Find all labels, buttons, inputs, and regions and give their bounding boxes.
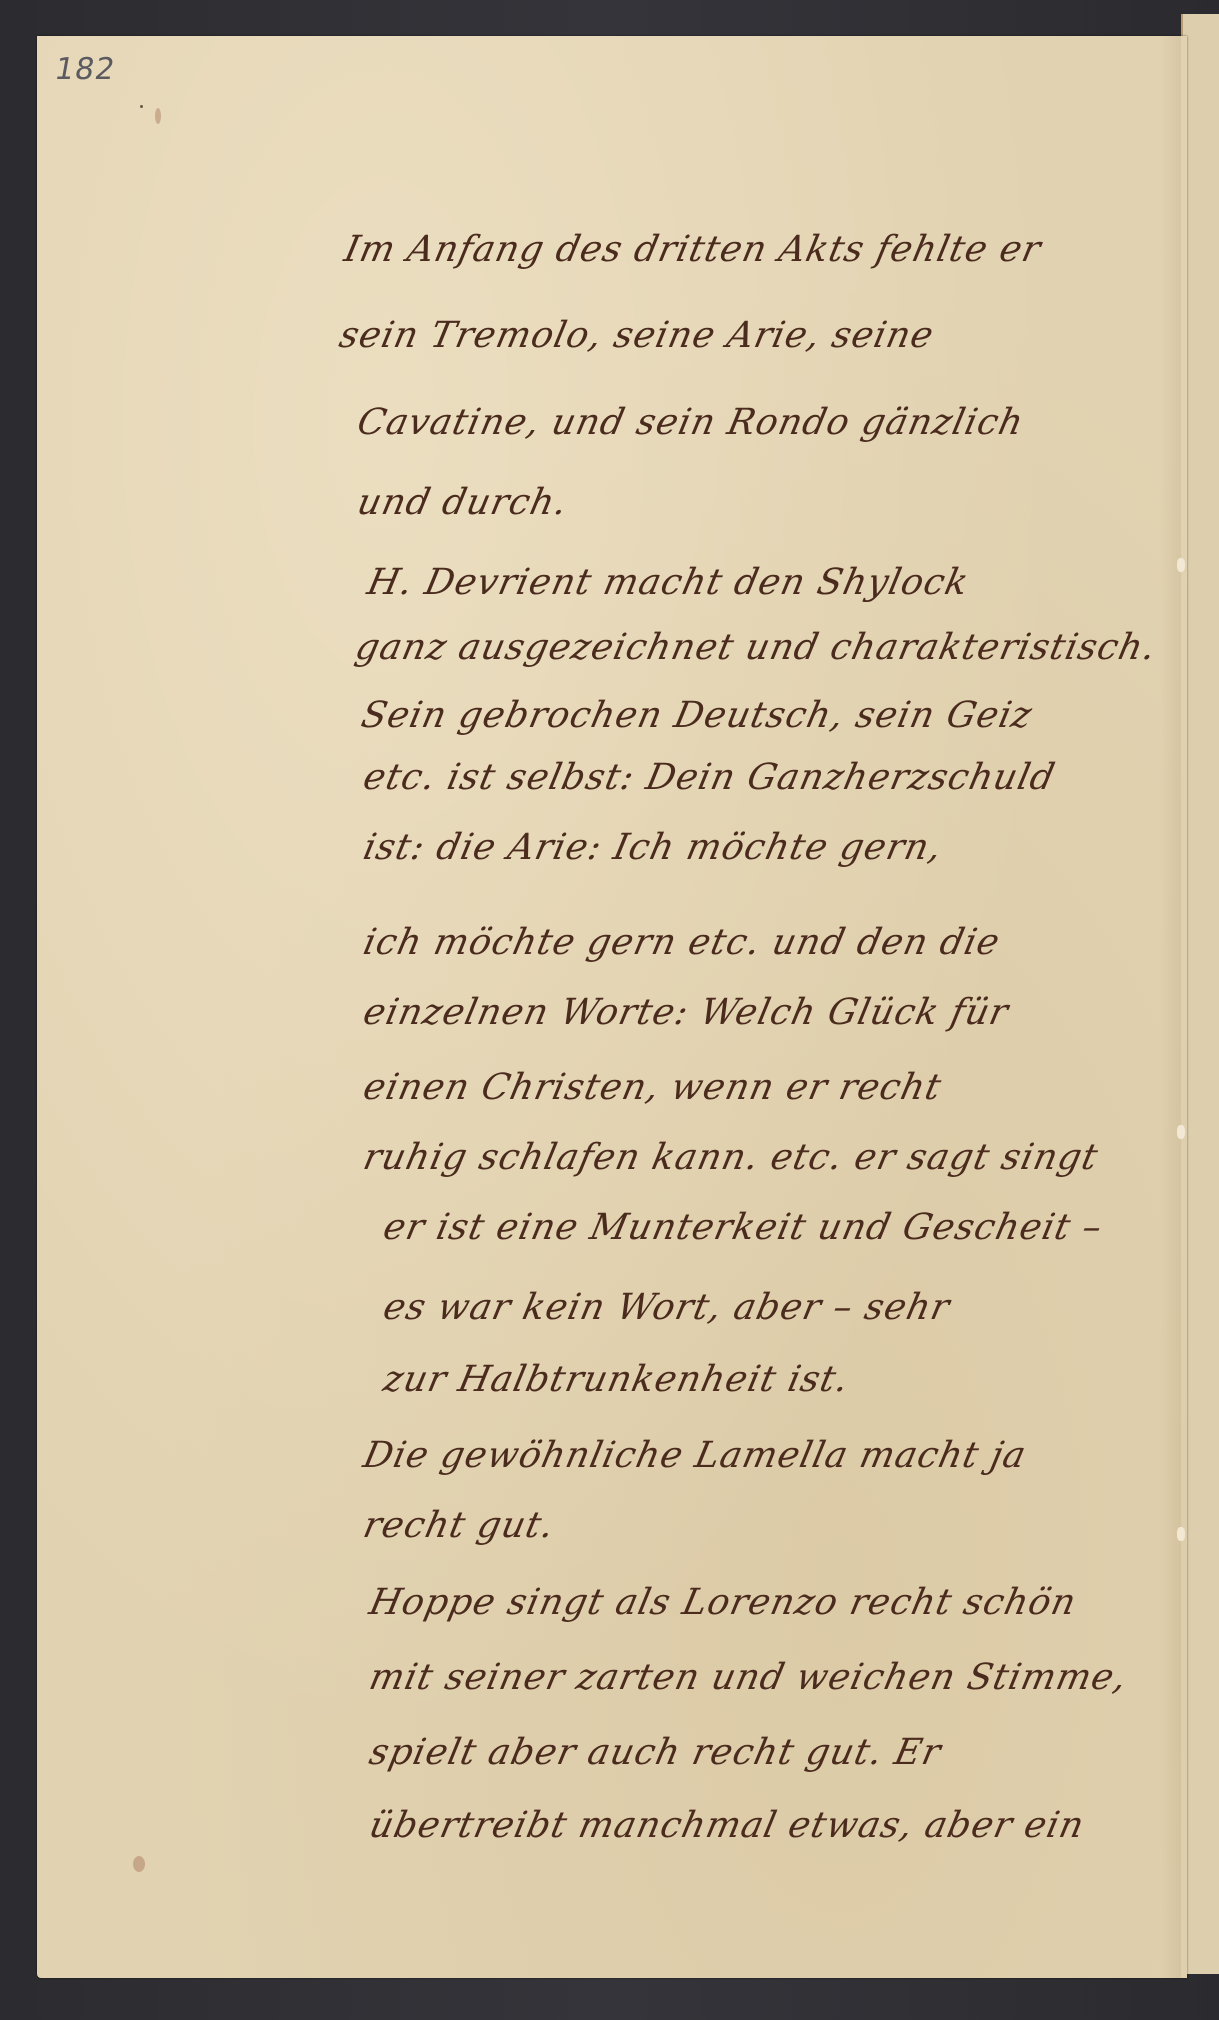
ink-dot xyxy=(140,105,143,108)
manuscript-line: spielt aber auch recht gut. Er xyxy=(366,1735,944,1771)
manuscript-line: einen Christen, wenn er recht xyxy=(360,1070,945,1106)
binding-hole xyxy=(1177,558,1185,572)
manuscript-line: ruhig schlafen kann. etc. er sagt singt xyxy=(360,1140,1101,1176)
manuscript-line: mit seiner zarten und weichen Stimme, xyxy=(366,1660,1130,1696)
manuscript-line: er ist eine Munterkeit und Gescheit – xyxy=(380,1210,1105,1246)
manuscript-line: Cavatine, und sein Rondo gänzlich xyxy=(354,405,1027,441)
manuscript-line: H. Devrient macht den Shylock xyxy=(364,565,972,601)
binding-hole xyxy=(1177,1527,1185,1541)
manuscript-line: übertreibt manchmal etwas, aber ein xyxy=(366,1808,1087,1844)
manuscript-line: Die gewöhnliche Lamella macht ja xyxy=(360,1438,1029,1474)
manuscript-line: ich möchte gern etc. und den die xyxy=(360,925,1003,961)
manuscript-line: ganz ausgezeichnet und charakteristisch. xyxy=(352,630,1159,666)
folio-number: 182 xyxy=(52,52,118,87)
manuscript-line: etc. ist selbst: Dein Ganzherzschuld xyxy=(360,760,1058,796)
manuscript-line: Im Anfang des dritten Akts fehlte er xyxy=(341,232,1044,268)
manuscript-line: und durch. xyxy=(354,485,571,521)
manuscript-line: recht gut. xyxy=(360,1508,558,1544)
manuscript-line: zur Halbtrunkenheit ist. xyxy=(380,1362,852,1398)
manuscript-line: Sein gebrochen Deutsch, sein Geiz xyxy=(358,698,1035,734)
ink-stain xyxy=(133,1856,145,1872)
gutter-shadow xyxy=(1160,36,1181,1978)
ink-stain xyxy=(155,108,161,124)
manuscript-line: ist: die Arie: Ich möchte gern, xyxy=(360,830,945,866)
manuscript-line: einzelnen Worte: Welch Glück für xyxy=(360,995,1012,1031)
manuscript-line: Hoppe singt als Lorenzo recht schön xyxy=(366,1585,1079,1621)
manuscript-line: es war kein Wort, aber – sehr xyxy=(380,1290,953,1326)
manuscript-line: sein Tremolo, seine Arie, seine xyxy=(336,318,937,354)
binding-hole xyxy=(1177,1125,1185,1139)
